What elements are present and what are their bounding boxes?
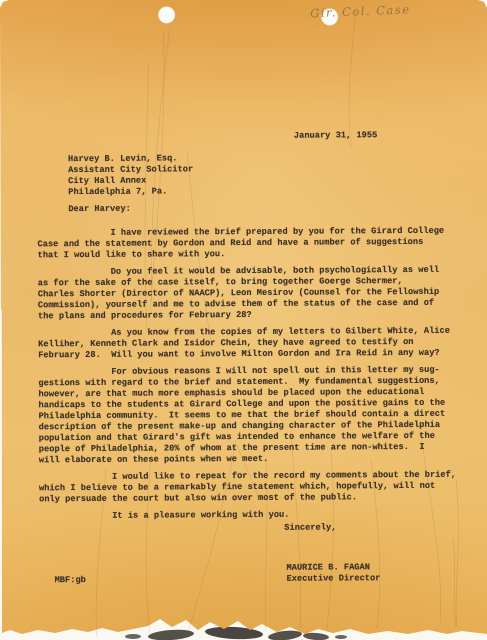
text-line: City Hall Annex — [68, 175, 193, 187]
letter-body: I have reviewed the brief prepared by yo… — [37, 226, 465, 529]
letter-paragraph: As you know from the copies of my letter… — [38, 326, 464, 362]
text-line: only persuade the court but also win ove… — [39, 492, 465, 506]
letter-date: January 31, 1955 — [294, 130, 377, 142]
typist-initials: MBF:gb — [55, 575, 86, 586]
scan-edge — [0, 310, 2, 636]
letter-paragraph: Do you feel it would be advisable, both … — [38, 265, 464, 323]
text-line: Assistant City Solicitor — [68, 164, 193, 176]
text-line: Philadelphia 7, Pa. — [68, 186, 193, 198]
letter-paragraph: I would like to repeat for the record my… — [39, 470, 465, 506]
punch-hole-left — [158, 6, 175, 23]
text-line: February 28. Will you want to involve Mi… — [38, 348, 464, 362]
text-line: Harvey B. Levin, Esq. — [68, 153, 193, 165]
letter-paragraph: It is a pleasure working with you. — [39, 509, 465, 523]
scanned-letter-screenshot: { "letter": { "filing_note": "Gir. Col. … — [0, 0, 487, 640]
recipient-address-block: Harvey B. Levin, Esq.Assistant City Soli… — [68, 153, 193, 198]
closing-line: Sincerely, — [284, 522, 336, 533]
signature-title: Executive Director — [287, 573, 381, 585]
text-line: It is a pleasure working with you. — [39, 509, 465, 523]
letter-paragraph: I have reviewed the brief prepared by yo… — [37, 226, 463, 262]
handwritten-filing-note: Gir. Col. Case — [310, 2, 411, 20]
letter-content: Gir. Col. Case January 31, 1955 Harvey B… — [0, 0, 487, 640]
signature-name: MAURICE B. FAGAN — [286, 562, 369, 574]
text-line: the plans and procedures for February 28… — [38, 309, 464, 323]
salutation: Dear Harvey: — [68, 204, 131, 215]
text-line: will elaborate on these points when we m… — [39, 453, 465, 467]
letter-paragraph: For obvious reasons I will not spell out… — [38, 365, 465, 467]
text-line: that I would like to share with you. — [38, 248, 464, 262]
